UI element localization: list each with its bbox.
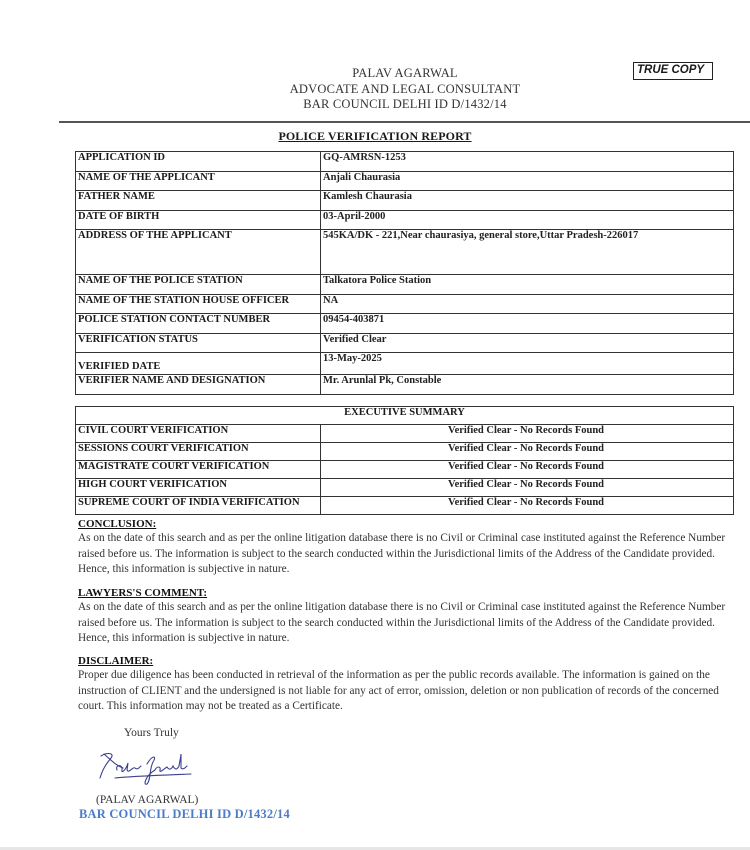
row-value: NA: [321, 294, 734, 314]
row-label: MAGISTRATE COURT VERIFICATION: [76, 461, 321, 479]
row-value: 03-April-2000: [321, 210, 734, 230]
row-value: 09454-403871: [321, 314, 734, 334]
comment-text: As on the date of this search and as per…: [78, 600, 728, 647]
table-row: POLICE STATION CONTACT NUMBER09454-40387…: [76, 314, 734, 334]
header-divider: [59, 121, 750, 123]
table-row: NAME OF THE POLICE STATIONTalkatora Poli…: [76, 275, 734, 295]
advocate-name: PALAV AGARWAL: [240, 66, 570, 82]
table-row: HIGH COURT VERIFICATIONVerified Clear - …: [76, 479, 734, 497]
summary-heading-row: EXECUTIVE SUMMARY: [76, 407, 734, 425]
table-row: VERIFIER NAME AND DESIGNATIONMr. Arunlal…: [76, 375, 734, 395]
row-label: CIVIL COURT VERIFICATION: [76, 425, 321, 443]
table-row: NAME OF THE APPLICANTAnjali Chaurasia: [76, 171, 734, 191]
closing-salutation: Yours Truly: [124, 727, 179, 739]
row-value: Anjali Chaurasia: [321, 171, 734, 191]
row-value: Kamlesh Chaurasia: [321, 191, 734, 211]
signatory-name: (PALAV AGARWAL): [96, 794, 198, 806]
report-title: POLICE VERIFICATION REPORT: [0, 129, 750, 144]
table-row: ADDRESS OF THE APPLICANT545KA/DK - 221,N…: [76, 230, 734, 275]
row-value: Talkatora Police Station: [321, 275, 734, 295]
table-row: SUPREME COURT OF INDIA VERIFICATIONVerif…: [76, 497, 734, 515]
row-label: NAME OF THE STATION HOUSE OFFICER: [76, 294, 321, 314]
conclusion-heading: CONCLUSION:: [78, 518, 728, 531]
row-label: VERIFICATION STATUS: [76, 333, 321, 353]
signature-icon: [95, 748, 195, 788]
table-row: DATE OF BIRTH03-April-2000: [76, 210, 734, 230]
signatory-bar-id: BAR COUNCIL DELHI ID D/1432/14: [79, 807, 290, 822]
row-label: NAME OF THE APPLICANT: [76, 171, 321, 191]
row-label: SUPREME COURT OF INDIA VERIFICATION: [76, 497, 321, 515]
row-value: 545KA/DK - 221,Near chaurasiya, general …: [321, 230, 734, 275]
table-row: FATHER NAMEKamlesh Chaurasia: [76, 191, 734, 211]
summary-heading: EXECUTIVE SUMMARY: [76, 407, 734, 425]
row-value: Verified Clear - No Records Found: [321, 425, 734, 443]
table-row: CIVIL COURT VERIFICATIONVerified Clear -…: [76, 425, 734, 443]
table-row: SESSIONS COURT VERIFICATIONVerified Clea…: [76, 443, 734, 461]
table-row: APPLICATION IDGQ-AMRSN-1253: [76, 152, 734, 172]
row-value: GQ-AMRSN-1253: [321, 152, 734, 172]
comment-heading: LAWYERS'S COMMENT:: [78, 587, 728, 600]
row-label: FATHER NAME: [76, 191, 321, 211]
table-row: NAME OF THE STATION HOUSE OFFICERNA: [76, 294, 734, 314]
row-value: Verified Clear - No Records Found: [321, 497, 734, 515]
row-label: NAME OF THE POLICE STATION: [76, 275, 321, 295]
row-value: Verified Clear: [321, 333, 734, 353]
row-value: 13-May-2025: [321, 353, 734, 375]
row-label: DATE OF BIRTH: [76, 210, 321, 230]
row-value: Verified Clear - No Records Found: [321, 443, 734, 461]
row-label: APPLICATION ID: [76, 152, 321, 172]
table-row: VERIFIED DATE13-May-2025: [76, 353, 734, 375]
advocate-title: ADVOCATE AND LEGAL CONSULTANT: [240, 82, 570, 98]
details-table: APPLICATION IDGQ-AMRSN-1253 NAME OF THE …: [75, 151, 734, 395]
row-value: Verified Clear - No Records Found: [321, 479, 734, 497]
table-row: VERIFICATION STATUSVerified Clear: [76, 333, 734, 353]
row-label: VERIFIER NAME AND DESIGNATION: [76, 375, 321, 395]
letterhead: PALAV AGARWAL ADVOCATE AND LEGAL CONSULT…: [240, 66, 570, 113]
conclusion-text: As on the date of this search and as per…: [78, 531, 728, 578]
row-value: Verified Clear - No Records Found: [321, 461, 734, 479]
true-copy-stamp: TRUE COPY: [633, 62, 713, 80]
disclaimer-section: DISCLAIMER: Proper due diligence has bee…: [78, 655, 728, 715]
lawyers-comment-section: LAWYERS'S COMMENT: As on the date of thi…: [78, 587, 728, 647]
disclaimer-heading: DISCLAIMER:: [78, 655, 728, 668]
table-row: MAGISTRATE COURT VERIFICATIONVerified Cl…: [76, 461, 734, 479]
row-label: VERIFIED DATE: [76, 353, 321, 375]
advocate-bar-id: BAR COUNCIL DELHI ID D/1432/14: [240, 97, 570, 113]
row-label: HIGH COURT VERIFICATION: [76, 479, 321, 497]
row-label: SESSIONS COURT VERIFICATION: [76, 443, 321, 461]
conclusion-section: CONCLUSION: As on the date of this searc…: [78, 518, 728, 578]
row-label: POLICE STATION CONTACT NUMBER: [76, 314, 321, 334]
executive-summary-table: EXECUTIVE SUMMARY CIVIL COURT VERIFICATI…: [75, 406, 734, 515]
row-value: Mr. Arunlal Pk, Constable: [321, 375, 734, 395]
disclaimer-text: Proper due diligence has been conducted …: [78, 668, 728, 715]
row-label: ADDRESS OF THE APPLICANT: [76, 230, 321, 275]
